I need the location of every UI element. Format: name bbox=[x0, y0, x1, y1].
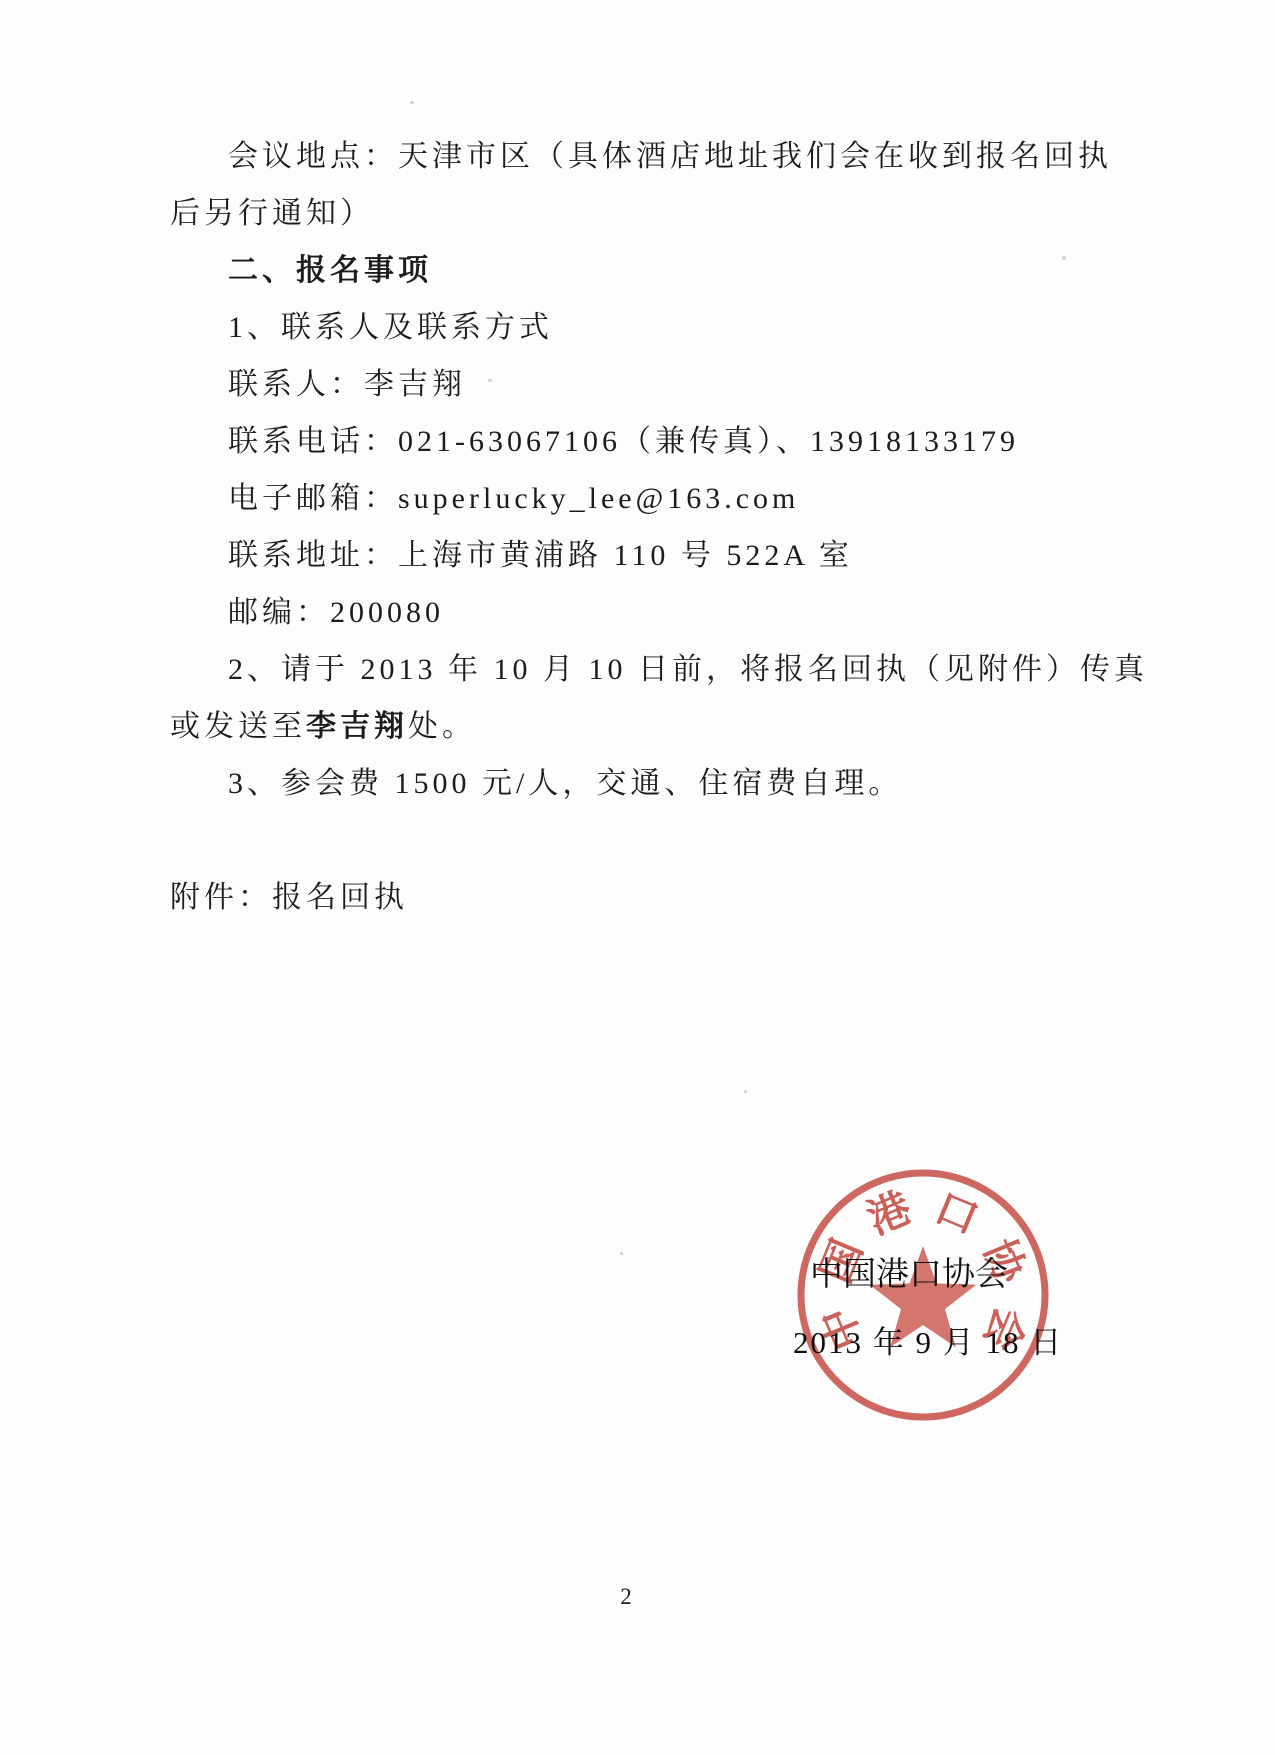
text-line: 会议地点：天津市区（具体酒店地址我们会在收到报名回执 bbox=[170, 128, 1130, 185]
text-line: 联系地址：上海市黄浦路 110 号 522A 室 bbox=[170, 527, 1130, 584]
text-line bbox=[170, 812, 1130, 869]
text-line: 2、请于 2013 年 10 月 10 日前，将报名回执（见附件）传真 bbox=[170, 641, 1130, 698]
svg-text:港: 港 bbox=[861, 1184, 918, 1244]
issue-date: 2013 年 9 月 18 日 bbox=[793, 1317, 1063, 1362]
page-number: 2 bbox=[606, 1584, 646, 1610]
text-line: 电子邮箱：superlucky_lee@163.com bbox=[170, 470, 1130, 527]
text-line: 邮编：200080 bbox=[170, 584, 1130, 641]
text-line: 3、参会费 1500 元/人，交通、住宿费自理。 bbox=[170, 755, 1130, 812]
issuer-name: 中国港口协会 bbox=[810, 1248, 1008, 1295]
text-line: 1、联系人及联系方式 bbox=[170, 299, 1130, 356]
scan-speck bbox=[1062, 256, 1066, 260]
text-line: 联系电话：021-63067106（兼传真）、13918133179 bbox=[170, 413, 1130, 470]
scan-speck bbox=[488, 379, 492, 382]
text-line: 后另行通知） bbox=[170, 185, 1130, 242]
svg-text:口: 口 bbox=[928, 1185, 984, 1244]
text-line: 附件：报名回执 bbox=[170, 869, 1130, 926]
scan-speck bbox=[744, 1090, 747, 1093]
text-line: 或发送至李吉翔处。 bbox=[170, 698, 1130, 755]
document-page: 会议地点：天津市区（具体酒店地址我们会在收到报名回执后另行通知）二、报名事项1、… bbox=[0, 0, 1275, 1755]
scan-speck bbox=[620, 1252, 623, 1255]
text-line: 联系人：李吉翔 bbox=[170, 356, 1130, 413]
scan-speck bbox=[410, 101, 414, 104]
document-body: 会议地点：天津市区（具体酒店地址我们会在收到报名回执后另行通知）二、报名事项1、… bbox=[170, 128, 1130, 926]
official-seal: 中国港口协会 bbox=[783, 1155, 1063, 1435]
text-line: 二、报名事项 bbox=[170, 242, 1130, 299]
